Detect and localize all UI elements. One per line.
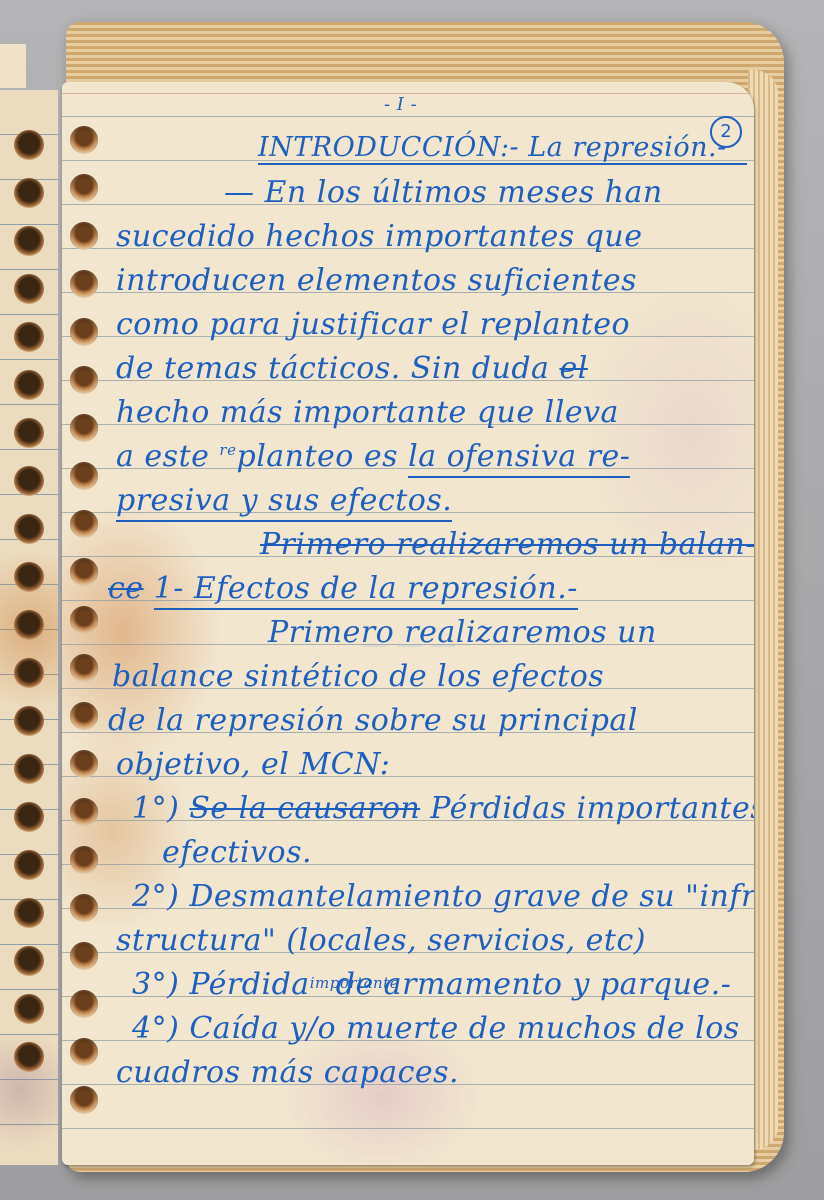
punch-hole bbox=[70, 750, 98, 778]
punch-hole bbox=[70, 846, 98, 874]
notebook-page: — — — - I - 2 INTRODUCCIÓN:- La represió… bbox=[62, 82, 754, 1165]
text-line: sucedido hechos importantes que bbox=[116, 222, 643, 252]
punch-hole bbox=[14, 322, 44, 352]
punch-hole bbox=[70, 414, 98, 442]
punch-hole bbox=[70, 318, 98, 346]
punch-hole bbox=[70, 174, 98, 202]
punch-hole bbox=[70, 510, 98, 538]
punch-hole bbox=[14, 178, 44, 208]
text-line: como para justificar el replanteo bbox=[116, 310, 630, 340]
punch-hole bbox=[14, 610, 44, 640]
ruled-line bbox=[62, 1128, 754, 1129]
punch-hole bbox=[14, 994, 44, 1024]
punch-hole bbox=[70, 462, 98, 490]
text-segment: a este bbox=[116, 439, 219, 474]
punch-hole bbox=[70, 1086, 98, 1114]
page-title: INTRODUCCIÓN:- La represión.- bbox=[258, 134, 747, 165]
text-line: a este replanteo es la ofensiva re- bbox=[116, 442, 630, 472]
punch-hole bbox=[14, 658, 44, 688]
punch-hole bbox=[14, 226, 44, 256]
punch-hole bbox=[14, 802, 44, 832]
text-line: introducen elementos suficientes bbox=[116, 266, 637, 296]
text-segment: Pérdidas importantes en bbox=[430, 791, 754, 826]
punch-hole bbox=[14, 1042, 44, 1072]
underlined-text: presiva y sus efectos. bbox=[116, 483, 452, 522]
punch-hole bbox=[14, 946, 44, 976]
punch-hole bbox=[14, 562, 44, 592]
list-item-3: 3°) Pérdida importante de armamento y pa… bbox=[132, 970, 731, 1000]
punch-hole bbox=[70, 990, 98, 1018]
punch-hole bbox=[14, 514, 44, 544]
text-line: de la represión sobre su principal bbox=[108, 706, 638, 736]
punch-hole bbox=[14, 898, 44, 928]
underlined-text: la ofensiva re- bbox=[408, 439, 630, 478]
punch-hole bbox=[14, 754, 44, 784]
punch-hole bbox=[70, 606, 98, 634]
list-item-2: 2°) Desmantelamiento grave de su "infra- bbox=[132, 882, 754, 912]
punch-hole bbox=[70, 702, 98, 730]
text-line: balance sintético de los efectos bbox=[112, 662, 604, 692]
struck-words: Se la causaron bbox=[189, 791, 420, 826]
list-item-1: 1°) Se la causaron Pérdidas importantes … bbox=[132, 794, 754, 824]
punch-hole bbox=[70, 654, 98, 682]
punch-hole bbox=[14, 130, 44, 160]
text-line: structura" (locales, servicios, etc) bbox=[116, 926, 646, 956]
struck-word: ce bbox=[108, 571, 144, 606]
punch-hole bbox=[14, 274, 44, 304]
punch-hole bbox=[70, 1038, 98, 1066]
punch-hole bbox=[14, 850, 44, 880]
text-segment: de temas tácticos. Sin duda bbox=[116, 351, 559, 386]
text-line: Primero realizaremos un bbox=[268, 618, 657, 648]
punch-hole bbox=[70, 366, 98, 394]
struck-word: el bbox=[559, 351, 587, 386]
text-line: cuadros más capaces. bbox=[116, 1058, 459, 1088]
text-line: — En los últimos meses han bbox=[224, 178, 663, 208]
ruled-line bbox=[62, 116, 754, 117]
punch-hole bbox=[70, 222, 98, 250]
punch-hole bbox=[70, 126, 98, 154]
list-number: 3°) bbox=[132, 967, 179, 1002]
text-line: objetivo, el MCN: bbox=[116, 750, 390, 780]
punch-hole bbox=[14, 418, 44, 448]
text-line: de temas tácticos. Sin duda el bbox=[116, 354, 588, 384]
section-number: - I - bbox=[384, 96, 417, 114]
text-segment: Pérdida bbox=[189, 967, 309, 1002]
punch-hole bbox=[14, 370, 44, 400]
section-heading: 1- Efectos de la represión.- bbox=[154, 571, 578, 610]
punch-hole bbox=[70, 558, 98, 586]
punch-hole bbox=[70, 942, 98, 970]
torn-page-tab bbox=[0, 44, 26, 88]
list-number: 1°) bbox=[132, 791, 179, 826]
text-line: efectivos. bbox=[162, 838, 312, 868]
insertion-above: importante bbox=[310, 976, 399, 991]
previous-page-sliver bbox=[0, 90, 58, 1165]
text-line: presiva y sus efectos. bbox=[116, 486, 452, 516]
text-line: hecho más importante que lleva bbox=[116, 398, 619, 428]
list-item-4: 4°) Caída y/o muerte de muchos de los bbox=[132, 1014, 740, 1044]
text-segment: planteo es bbox=[236, 439, 408, 474]
punch-hole bbox=[70, 798, 98, 826]
punch-hole bbox=[70, 894, 98, 922]
struck-line: Primero realizaremos un balan- bbox=[260, 530, 754, 560]
punch-hole bbox=[70, 270, 98, 298]
text-line: ce 1- Efectos de la represión.- bbox=[108, 574, 578, 604]
punch-hole bbox=[14, 466, 44, 496]
insertion-superscript: re bbox=[219, 441, 236, 459]
punch-hole bbox=[14, 706, 44, 736]
